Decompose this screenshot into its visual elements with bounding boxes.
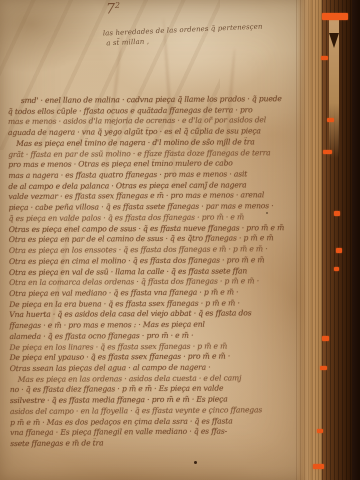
red-edge-mark [323, 150, 332, 154]
parchment-page: 72 las heredades de las ordenes q̃ perte… [0, 0, 312, 480]
red-edge-mark [327, 118, 334, 122]
page-fore-edge [296, 0, 312, 480]
folio-number: 72 [106, 1, 120, 18]
page-stack-edge [312, 0, 322, 480]
red-edge-mark [322, 336, 329, 341]
text-line: ssete ffanegas e m̃ de t̃ra [10, 437, 310, 450]
ink-speck [266, 212, 268, 214]
ink-speck [194, 461, 197, 464]
red-edge-mark [313, 464, 324, 469]
red-edge-mark [334, 267, 339, 271]
manuscript-text-block: smd' · enel llano de malina · cadvna pie… [8, 94, 310, 450]
red-edge-mark [321, 56, 328, 60]
photo-right-shadow [352, 0, 360, 480]
red-edge-mark [334, 211, 340, 216]
red-edge-mark [317, 429, 323, 433]
edge-dark-notch [329, 33, 339, 48]
red-edge-mark [336, 248, 342, 253]
red-edge-mark [322, 13, 348, 20]
manuscript-photo: 72 las heredades de las ordenes q̃ perte… [0, 0, 360, 480]
red-edge-mark [320, 366, 327, 370]
